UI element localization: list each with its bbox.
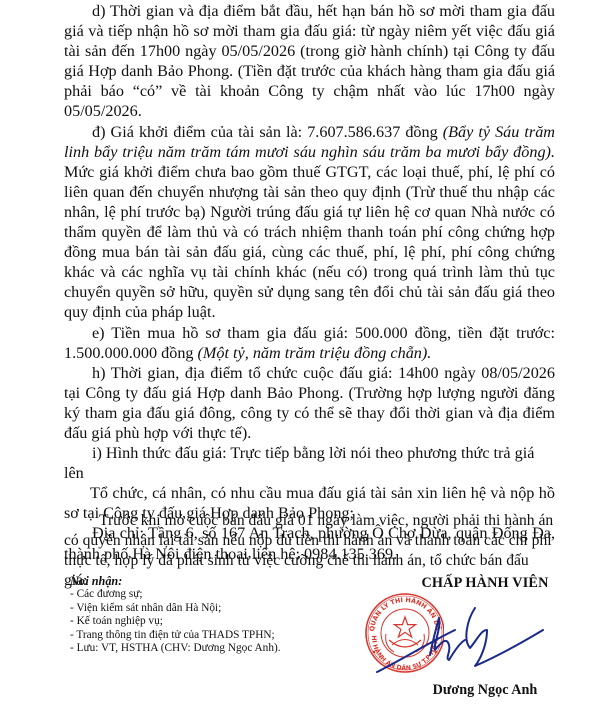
closing-line-2: có quyền nhận lại tài sản nếu nộp đủ tiề…	[64, 531, 555, 551]
starting-price: đ) Giá khởi điểm của tài sản là: 7.607.5…	[92, 123, 443, 141]
paragraph-h: h) Thời gian, địa điểm tổ chức cuộc đấu …	[64, 363, 555, 443]
document-body: d) Thời gian và địa điểm bắt đầu, hết hạ…	[64, 1, 555, 564]
paragraph-e: e) Tiền mua hồ sơ tham gia đấu giá: 500.…	[64, 323, 555, 363]
paragraph-dd: đ) Giá khởi điểm của tài sản là: 7.607.5…	[64, 122, 555, 323]
paragraph-d: d) Thời gian và địa điểm bắt đầu, hết hạ…	[64, 1, 555, 122]
signature-block: CHẤP HÀNH VIÊN CỤC QUẢN LÝ THI HÀNH ÁN D…	[370, 570, 593, 721]
recipient-item: - Trang thông tin điện tử của THADS TPHN…	[70, 629, 281, 642]
recipients-title: Nơi nhận:	[70, 575, 281, 588]
recipient-item: - Kế toán nghiệp vụ;	[70, 615, 281, 628]
paragraph-i: i) Hình thức đấu giá: Trực tiếp bằng lời…	[64, 443, 555, 483]
starting-price-terms: Mức giá khởi điểm chưa bao gồm thuế GTGT…	[64, 163, 555, 322]
recipient-item: - Lưu: VT, HSTHA (CHV: Dương Ngọc Anh).	[70, 642, 281, 655]
handwritten-signature-icon	[375, 600, 545, 675]
recipients-block: Nơi nhận: - Các đương sự; - Viện kiểm sá…	[70, 575, 281, 655]
recipient-item: - Viện kiểm sát nhân dân Hà Nội;	[70, 602, 281, 615]
document-page: d) Thời gian và địa điểm bắt đầu, hết hạ…	[0, 0, 593, 721]
closing-line-1: Trước khi mở cuộc bán đấu giá 01 ngày là…	[64, 511, 555, 531]
recipient-item: - Các đương sự;	[70, 588, 281, 601]
signer-name: Dương Ngọc Anh	[400, 682, 570, 699]
deposit-in-words: (Một tỷ, năm trăm triệu đồng chẵn).	[198, 344, 432, 362]
